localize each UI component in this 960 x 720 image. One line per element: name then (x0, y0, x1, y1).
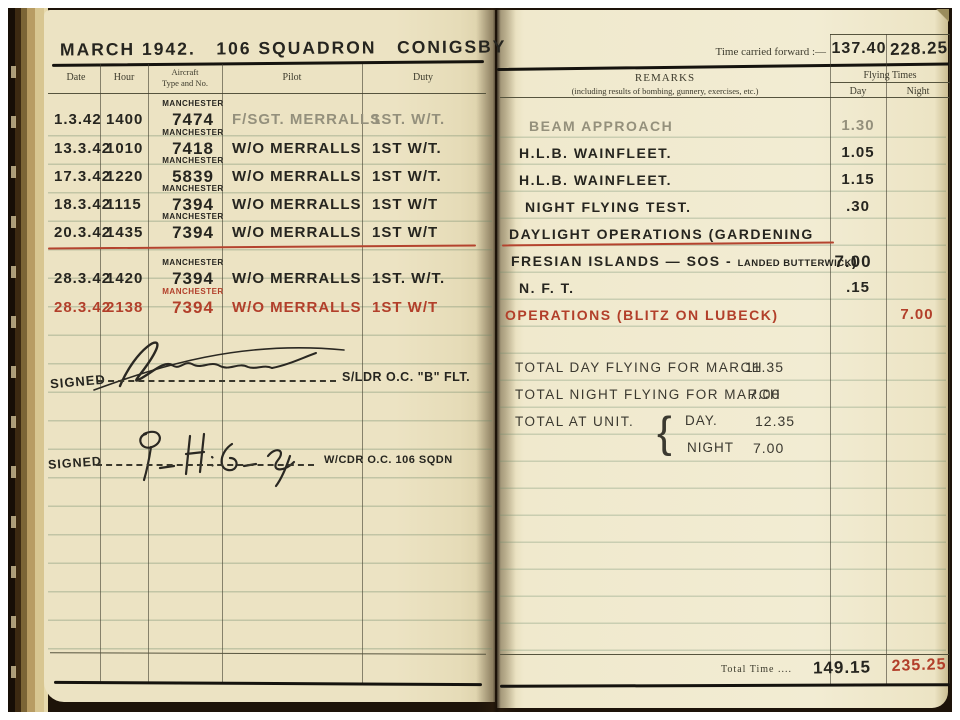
remarks-row: H.L.B. WAINFLEET. 1.05 (497, 141, 952, 167)
remarks-subtitle: (including results of bombing, gunnery, … (500, 86, 830, 96)
page-corner-curl (933, 9, 949, 25)
day-value: .30 (830, 198, 886, 215)
remark-text: H.L.B. WAINFLEET. (519, 145, 672, 161)
remark-text-main: FRESIAN ISLANDS — SOS - (511, 253, 738, 269)
night-column-label: Night (888, 86, 948, 97)
remarks-row: OPERATIONS (BLITZ ON LUBECK) 7.00 (497, 303, 952, 329)
tcf-box-top (830, 34, 950, 35)
photo-frame: MARCH 1942. 106 SQUADRON CONIGSBY Date H… (8, 8, 952, 712)
page-title: MARCH 1942. 106 SQUADRON CONIGSBY (60, 36, 507, 60)
pilot-cell: W/O MERRALLS (232, 270, 362, 287)
header-bottom-line-left (48, 93, 486, 94)
hour-cell: 1420 (106, 270, 143, 287)
total-day-label: TOTAL DAY FLYING FOR MARCH (515, 360, 763, 375)
total-time-label: Total Time .... (648, 664, 792, 675)
log-row: 17.3.42 1220 MANCHESTER 5839 W/O MERRALL… (44, 164, 492, 190)
hour-cell: 2138 (106, 299, 143, 316)
pilot-cell: W/O MERRALLS (232, 168, 362, 185)
tcf-day-value: 137.40 (830, 40, 888, 58)
date-cell: 1.3.42 (54, 111, 102, 128)
remark-text: BEAM APPROACH (529, 118, 673, 134)
duty-cell: 1ST W/T. (372, 140, 442, 157)
pilot-cell: W/O MERRALLS (232, 140, 362, 157)
col-header-hour: Hour (100, 72, 148, 83)
col-header-aircraft-2: Type and No. (148, 78, 222, 88)
night-value: 7.00 (888, 306, 946, 323)
log-row: 18.3.42 1115 MANCHESTER 7394 W/O MERRALL… (44, 192, 492, 218)
aircraft-no-cell: 7394 (152, 223, 234, 243)
aircraft-type-cell: MANCHESTER (152, 287, 234, 296)
date-cell: 20.3.42 (54, 224, 111, 241)
aircraft-no-cell: 7474 (152, 110, 234, 130)
signature-scrawl (90, 330, 352, 396)
pilot-cell: W/O MERRALLS (232, 196, 362, 213)
remarks-row: BEAM APPROACH 1.30 (497, 114, 952, 140)
header-bottom-line-right (500, 97, 949, 98)
hour-cell: 1010 (106, 140, 143, 157)
day-value: 1.30 (830, 117, 886, 134)
totals-row: NIGHT 7.00 (497, 437, 952, 463)
duty-cell: 1ST W/T. (372, 168, 442, 185)
binding-stitches (11, 28, 16, 688)
remarks-row: H.L.B. WAINFLEET. 1.15 (497, 168, 952, 194)
time-carried-forward-label: Time carried forward :— (606, 46, 826, 58)
day-value: 1.15 (830, 171, 886, 188)
total-day-value: 11.35 (745, 359, 784, 375)
aircraft-type-cell: MANCHESTER (152, 128, 234, 137)
totals-row: TOTAL AT UNIT. { DAY. 12.35 (497, 410, 952, 436)
remark-text: FRESIAN ISLANDS — SOS - LANDED BUTTERWIC… (511, 253, 858, 269)
tcf-night-value: 228.25 (888, 38, 951, 60)
log-row: 28.3.42 2138 MANCHESTER 7394 W/O MERRALL… (44, 295, 492, 321)
signature-line (96, 464, 314, 466)
total-night-value: 7.00 (749, 386, 780, 402)
hour-cell: 1115 (106, 196, 142, 213)
signatory-title: S/LDR O.C. "B" FLT. (342, 370, 470, 384)
logbook-photo: MARCH 1942. 106 SQUADRON CONIGSBY Date H… (0, 0, 960, 720)
aircraft-no-cell: 7394 (152, 269, 234, 289)
hour-cell: 1400 (106, 111, 143, 128)
aircraft-type-cell: MANCHESTER (152, 156, 234, 165)
col-header-duty: Duty (362, 72, 484, 83)
unit-day-label: DAY. (685, 413, 718, 428)
signatory-title: W/CDR O.C. 106 SQDN (324, 454, 453, 466)
total-night-label: TOTAL NIGHT FLYING FOR MARCH (515, 387, 781, 402)
total-at-unit-label: TOTAL AT UNIT. (515, 414, 634, 429)
duty-cell: 1ST W/T (372, 196, 438, 213)
log-row: 1.3.42 1400 MANCHESTER 7474 F/SGT. MERRA… (44, 107, 492, 133)
total-time-day-value: 149.15 (796, 657, 888, 679)
total-time-night-value: 235.25 (888, 656, 951, 676)
unit-night-value: 7.00 (753, 440, 784, 456)
flying-times-underline (830, 82, 950, 83)
duty-cell: 1ST W/T (372, 299, 438, 316)
duty-cell: 1ST. W/T. (372, 111, 445, 128)
remark-text: OPERATIONS (BLITZ ON LUBECK) (505, 307, 779, 323)
aircraft-type-cell: MANCHESTER (152, 99, 234, 108)
flying-times-label: Flying Times (830, 70, 950, 81)
remark-text: H.L.B. WAINFLEET. (519, 172, 672, 188)
day-value: 1.05 (830, 144, 886, 161)
pilot-cell: W/O MERRALLS (232, 224, 362, 241)
totals-row: TOTAL NIGHT FLYING FOR MARCH 7.00 (497, 383, 952, 409)
hour-cell: 1220 (106, 168, 143, 185)
col-header-date: Date (52, 72, 100, 83)
remarks-row: FRESIAN ISLANDS — SOS - LANDED BUTTERWIC… (497, 249, 952, 275)
date-cell: 13.3.42 (54, 140, 111, 157)
pilot-cell: F/SGT. MERRALLS (232, 111, 381, 128)
total-time-top-line (500, 654, 949, 655)
col-header-aircraft-1: Aircraft (148, 67, 222, 77)
aircraft-type-cell: MANCHESTER (152, 184, 234, 193)
aircraft-type-cell: MANCHESTER (152, 258, 234, 267)
remarks-row: NIGHT FLYING TEST. .30 (497, 195, 952, 221)
remarks-row: N. F. T. .15 (497, 276, 952, 302)
log-row: 13.3.42 1010 MANCHESTER 7418 W/O MERRALL… (44, 136, 492, 162)
log-row: 28.3.42 1420 MANCHESTER 7394 W/O MERRALL… (44, 266, 492, 292)
signature-line (98, 380, 336, 382)
remark-text: N. F. T. (519, 280, 575, 296)
unit-day-value: 12.35 (755, 413, 795, 429)
remark-text: DAYLIGHT OPERATIONS (GARDENING (509, 226, 814, 242)
duty-cell: 1ST W/T (372, 224, 438, 241)
remarks-title: REMARKS (500, 72, 830, 84)
date-cell: 17.3.42 (54, 168, 111, 185)
totals-row: TOTAL DAY FLYING FOR MARCH 11.35 (497, 356, 952, 382)
day-column-label: Day (830, 86, 886, 97)
aircraft-type-cell: MANCHESTER (152, 212, 234, 221)
duty-cell: 1ST. W/T. (372, 270, 445, 287)
aircraft-no-cell: 7394 (152, 298, 234, 318)
remark-text: NIGHT FLYING TEST. (525, 199, 692, 215)
date-cell: 28.3.42 (54, 270, 111, 287)
unit-night-label: NIGHT (687, 440, 734, 455)
day-value: 7.00 (825, 252, 881, 272)
signature-scrawl (114, 426, 326, 488)
date-cell: 28.3.42 (54, 299, 111, 316)
hour-cell: 1435 (106, 224, 143, 241)
pilot-cell: W/O MERRALLS (232, 299, 362, 316)
log-row: 20.3.42 1435 MANCHESTER 7394 W/O MERRALL… (44, 220, 492, 246)
book-spine-edge (8, 8, 48, 712)
date-cell: 18.3.42 (54, 196, 111, 213)
col-header-pilot: Pilot (222, 72, 362, 83)
day-value: .15 (830, 279, 886, 296)
